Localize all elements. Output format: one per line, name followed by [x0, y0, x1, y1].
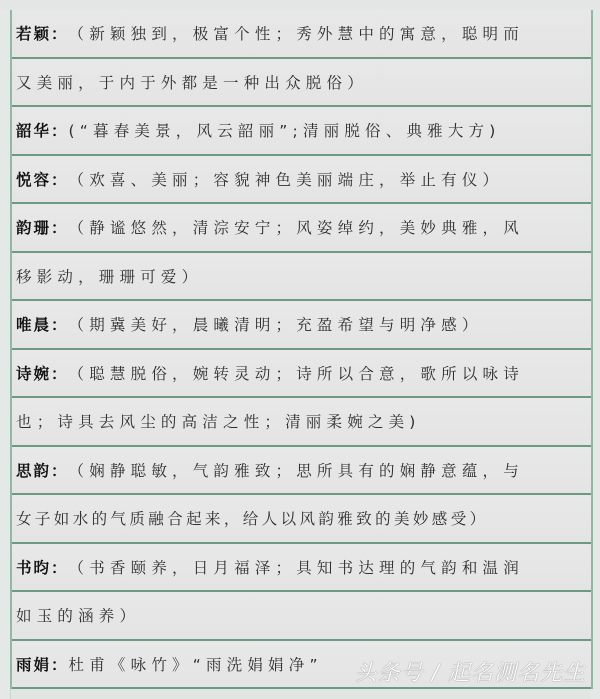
name-description: 移影动，珊珊可爱） — [16, 265, 202, 287]
name-label: 书昀： — [16, 556, 69, 578]
name-description: （新颖独到，极富个性；秀外慧中的寓意，聪明而 — [69, 22, 524, 44]
table-row: 女子如水的气质融合起来，给人以风韵雅致的美妙感受） — [12, 495, 591, 544]
name-description: （娴静聪敏，气韵雅致；思所具有的娴静意蕴，与 — [69, 459, 524, 481]
name-label: 悦容： — [16, 168, 69, 190]
table-row: 韶华：(“暮春美景，风云韶丽”;清丽脱俗、典雅大方) — [12, 107, 591, 156]
table-row: 又美丽，于内于外都是一种出众脱俗） — [12, 59, 591, 108]
name-description: （书香颐养，日月福泽；具知书达理的气韵和温润 — [69, 556, 524, 578]
table-row: 唯晨：（期冀美好，晨曦清明；充盈希望与明净感） — [12, 301, 591, 350]
table-row: 移影动，珊珊可爱） — [12, 253, 591, 302]
name-description: 如玉的涵养） — [16, 604, 140, 626]
name-meaning-table: 若颖：（新颖独到，极富个性；秀外慧中的寓意，聪明而 又美丽，于内于外都是一种出众… — [10, 10, 593, 689]
name-description: 也；诗具去风尘的高洁之性；清丽柔婉之美) — [16, 410, 421, 432]
name-description: （静谧悠然，清淙安宁；风姿绰约，美妙典雅，风 — [69, 216, 524, 238]
name-label: 若颖： — [16, 22, 69, 44]
table-row: 也；诗具去风尘的高洁之性；清丽柔婉之美) — [12, 398, 591, 447]
table-row: 如玉的涵养） — [12, 592, 591, 641]
table-row: 思韵：（娴静聪敏，气韵雅致；思所具有的娴静意蕴，与 — [12, 447, 591, 496]
name-description: (“暮春美景，风云韶丽”;清丽脱俗、典雅大方) — [69, 119, 501, 141]
name-label: 雨娟： — [16, 653, 69, 675]
watermark: 头条号 / 起名测名先生 — [355, 656, 586, 687]
table-row: 诗婉：（聪慧脱俗，婉转灵动；诗所以合意，歌所以咏诗 — [12, 350, 591, 399]
table-row: 若颖：（新颖独到，极富个性；秀外慧中的寓意，聪明而 — [12, 10, 591, 59]
name-label: 韶华： — [16, 119, 69, 141]
name-description: 女子如水的气质融合起来，给人以风韵雅致的美妙感受） — [16, 507, 489, 529]
name-label: 韵珊： — [16, 216, 69, 238]
name-description: （欢喜、美丽；容貌神色美丽端庄，举止有仪） — [69, 168, 504, 190]
table-row: 悦容：（欢喜、美丽；容貌神色美丽端庄，举止有仪） — [12, 156, 591, 205]
table-row: 书昀：（书香颐养，日月福泽；具知书达理的气韵和温润 — [12, 544, 591, 593]
name-label: 思韵： — [16, 459, 69, 481]
name-label: 唯晨： — [16, 313, 69, 335]
name-label: 诗婉： — [16, 362, 69, 384]
name-description: （期冀美好，晨曦清明；充盈希望与明净感） — [69, 313, 483, 335]
name-description: 又美丽，于内于外都是一种出众脱俗） — [16, 71, 368, 93]
table-row: 韵珊：（静谧悠然，清淙安宁；风姿绰约，美妙典雅，风 — [12, 204, 591, 253]
name-description: （聪慧脱俗，婉转灵动；诗所以合意，歌所以咏诗 — [69, 362, 524, 384]
name-description: 杜甫《咏竹》“雨洗娟娟净” — [69, 653, 323, 675]
